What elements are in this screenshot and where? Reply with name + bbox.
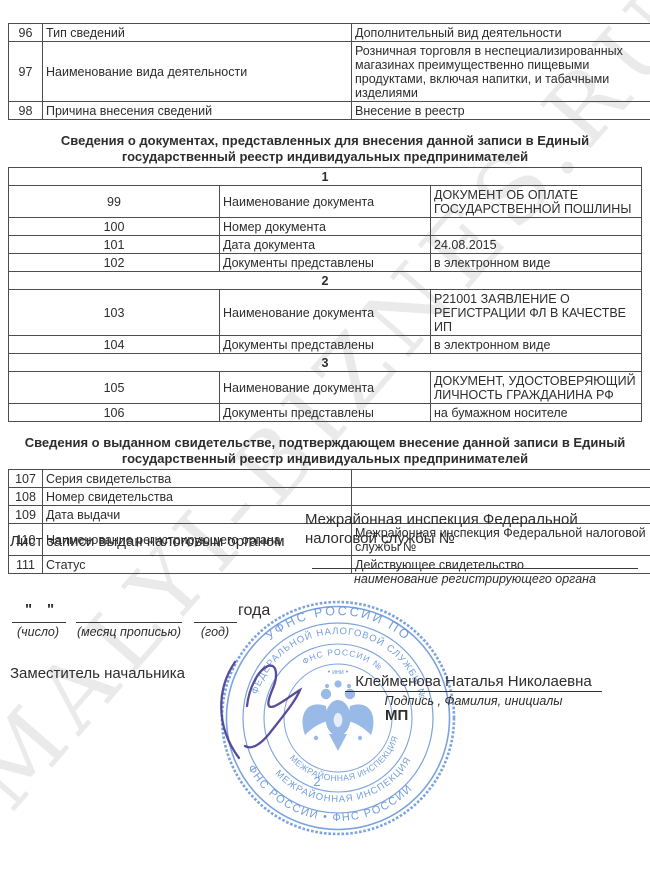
row-number-cell: 99	[9, 186, 220, 218]
issuing-org-name: Межрайонная инспекция Федеральной налого…	[305, 510, 605, 548]
row-label-cell: Наименование документа	[220, 372, 431, 404]
row-number-cell: 108	[9, 488, 43, 506]
row-number-cell: 104	[9, 336, 220, 354]
year-suffix: года	[238, 602, 270, 620]
org-name-line	[312, 568, 638, 569]
row-value-cell: Розничная торговля в неспециализированны…	[352, 42, 650, 102]
table-row: 101Дата документа24.08.2015	[9, 236, 642, 254]
table-row: 108Номер свидетельства	[9, 488, 650, 506]
row-value-cell: Действующее свидетельство	[352, 556, 650, 574]
row-value-cell: Внесение в реестр	[352, 102, 650, 120]
row-label-cell: Тип сведений	[43, 24, 352, 42]
row-value-cell: в электронном виде	[431, 336, 642, 354]
row-number-cell: 101	[9, 236, 220, 254]
row-label-cell: Документы представлены	[220, 404, 431, 422]
row-value-cell	[352, 470, 650, 488]
year-caption: (год)	[190, 625, 240, 639]
table-row: 100Номер документа	[9, 218, 642, 236]
row-number-cell: 100	[9, 218, 220, 236]
row-value-cell: 24.08.2015	[431, 236, 642, 254]
stamp-outer-top-text: УФНС РОССИИ ПО	[263, 604, 414, 644]
table-row: 96Тип сведенийДополнительный вид деятель…	[9, 24, 650, 42]
row-value-cell: Дополнительный вид деятельности	[352, 24, 650, 42]
row-number-cell: 105	[9, 372, 220, 404]
day-line	[12, 622, 66, 623]
certificate-section-title: Сведения о выданном свидетельстве, подтв…	[8, 435, 642, 466]
documents-section-title: Сведения о документах, представленных дл…	[8, 133, 642, 164]
table-row: 97Наименование вида деятельностиРознична…	[9, 42, 650, 102]
handwritten-signature	[205, 640, 325, 800]
row-label-cell: Наименование документа	[220, 290, 431, 336]
row-label-cell: Наименование вида деятельности	[43, 42, 352, 102]
signature-caption: Подпись , Фамилия, инициалы	[345, 694, 602, 708]
group-number-cell: 2	[9, 272, 642, 290]
row-label-cell: Статус	[43, 556, 352, 574]
row-number-cell: 111	[9, 556, 43, 574]
row-number-cell: 109	[9, 506, 43, 524]
row-label-cell: Документы представлены	[220, 254, 431, 272]
official-title: Заместитель начальника	[10, 664, 185, 683]
row-label-cell: Документы представлены	[220, 336, 431, 354]
row-value-cell: ДОКУМЕНТ, УДОСТОВЕРЯЮЩИЙ ЛИЧНОСТЬ ГРАЖДА…	[431, 372, 642, 404]
row-label-cell: Дата документа	[220, 236, 431, 254]
org-name-caption: наименование регистрирующего органа	[312, 572, 638, 586]
table-row: 102Документы представленыв электронном в…	[9, 254, 642, 272]
date-quote-open: "	[25, 600, 32, 619]
table-row: 105Наименование документаДОКУМЕНТ, УДОСТ…	[9, 372, 642, 404]
year-line	[194, 622, 237, 623]
row-number-cell: 102	[9, 254, 220, 272]
day-caption: (число)	[8, 625, 68, 639]
row-number-cell: 97	[9, 42, 43, 102]
row-number-cell: 98	[9, 102, 43, 120]
row-label-cell: Причина внесения сведений	[43, 102, 352, 120]
row-value-cell: в электронном виде	[431, 254, 642, 272]
document-page: MALYI-BIZNES.RU 96Тип сведенийДополнител…	[0, 0, 650, 875]
row-number-cell: 96	[9, 24, 43, 42]
signatory-name: Клейменова Наталья Николаевна	[345, 672, 602, 691]
row-label-cell: Номер документа	[220, 218, 431, 236]
table-group-row: 3	[9, 354, 642, 372]
month-line	[76, 622, 182, 623]
row-value-cell	[352, 488, 650, 506]
row-value-cell: на бумажном носителе	[431, 404, 642, 422]
svg-text:УФНС РОССИИ ПО: УФНС РОССИИ ПО	[263, 604, 414, 644]
row-label-cell: Номер свидетельства	[43, 488, 352, 506]
table-row: 103Наименование документаР21001 ЗАЯВЛЕНИ…	[9, 290, 642, 336]
stamp-place-mark: МП	[385, 706, 408, 725]
table-group-row: 2	[9, 272, 642, 290]
row-number-cell: 107	[9, 470, 43, 488]
row-number-cell: 103	[9, 290, 220, 336]
activity-table: 96Тип сведенийДополнительный вид деятель…	[8, 23, 650, 120]
group-number-cell: 3	[9, 354, 642, 372]
group-number-cell: 1	[9, 168, 642, 186]
row-value-cell: ДОКУМЕНТ ОБ ОПЛАТЕ ГОСУДАРСТВЕННОЙ ПОШЛИ…	[431, 186, 642, 218]
table-row: 104Документы представленыв электронном в…	[9, 336, 642, 354]
signature-line	[345, 691, 602, 692]
record-sheet-body: 96Тип сведенийДополнительный вид деятель…	[0, 0, 650, 574]
month-caption: (месяц прописью)	[70, 625, 188, 639]
row-number-cell: 106	[9, 404, 220, 422]
date-quote-close: "	[47, 600, 54, 619]
issued-by-label: Лист записи выдан налоговым органом	[10, 532, 285, 551]
row-label-cell: Наименование документа	[220, 186, 431, 218]
table-row: 111СтатусДействующее свидетельство	[9, 556, 650, 574]
documents-table: 199Наименование документаДОКУМЕНТ ОБ ОПЛ…	[8, 167, 642, 422]
table-row: 98Причина внесения сведенийВнесение в ре…	[9, 102, 650, 120]
table-group-row: 1	[9, 168, 642, 186]
table-row: 107Серия свидетельства	[9, 470, 650, 488]
table-row: 106Документы представленына бумажном нос…	[9, 404, 642, 422]
row-label-cell: Серия свидетельства	[43, 470, 352, 488]
table-row: 99Наименование документаДОКУМЕНТ ОБ ОПЛА…	[9, 186, 642, 218]
row-value-cell: Р21001 ЗАЯВЛЕНИЕ О РЕГИСТРАЦИИ ФЛ В КАЧЕ…	[431, 290, 642, 336]
row-value-cell	[431, 218, 642, 236]
